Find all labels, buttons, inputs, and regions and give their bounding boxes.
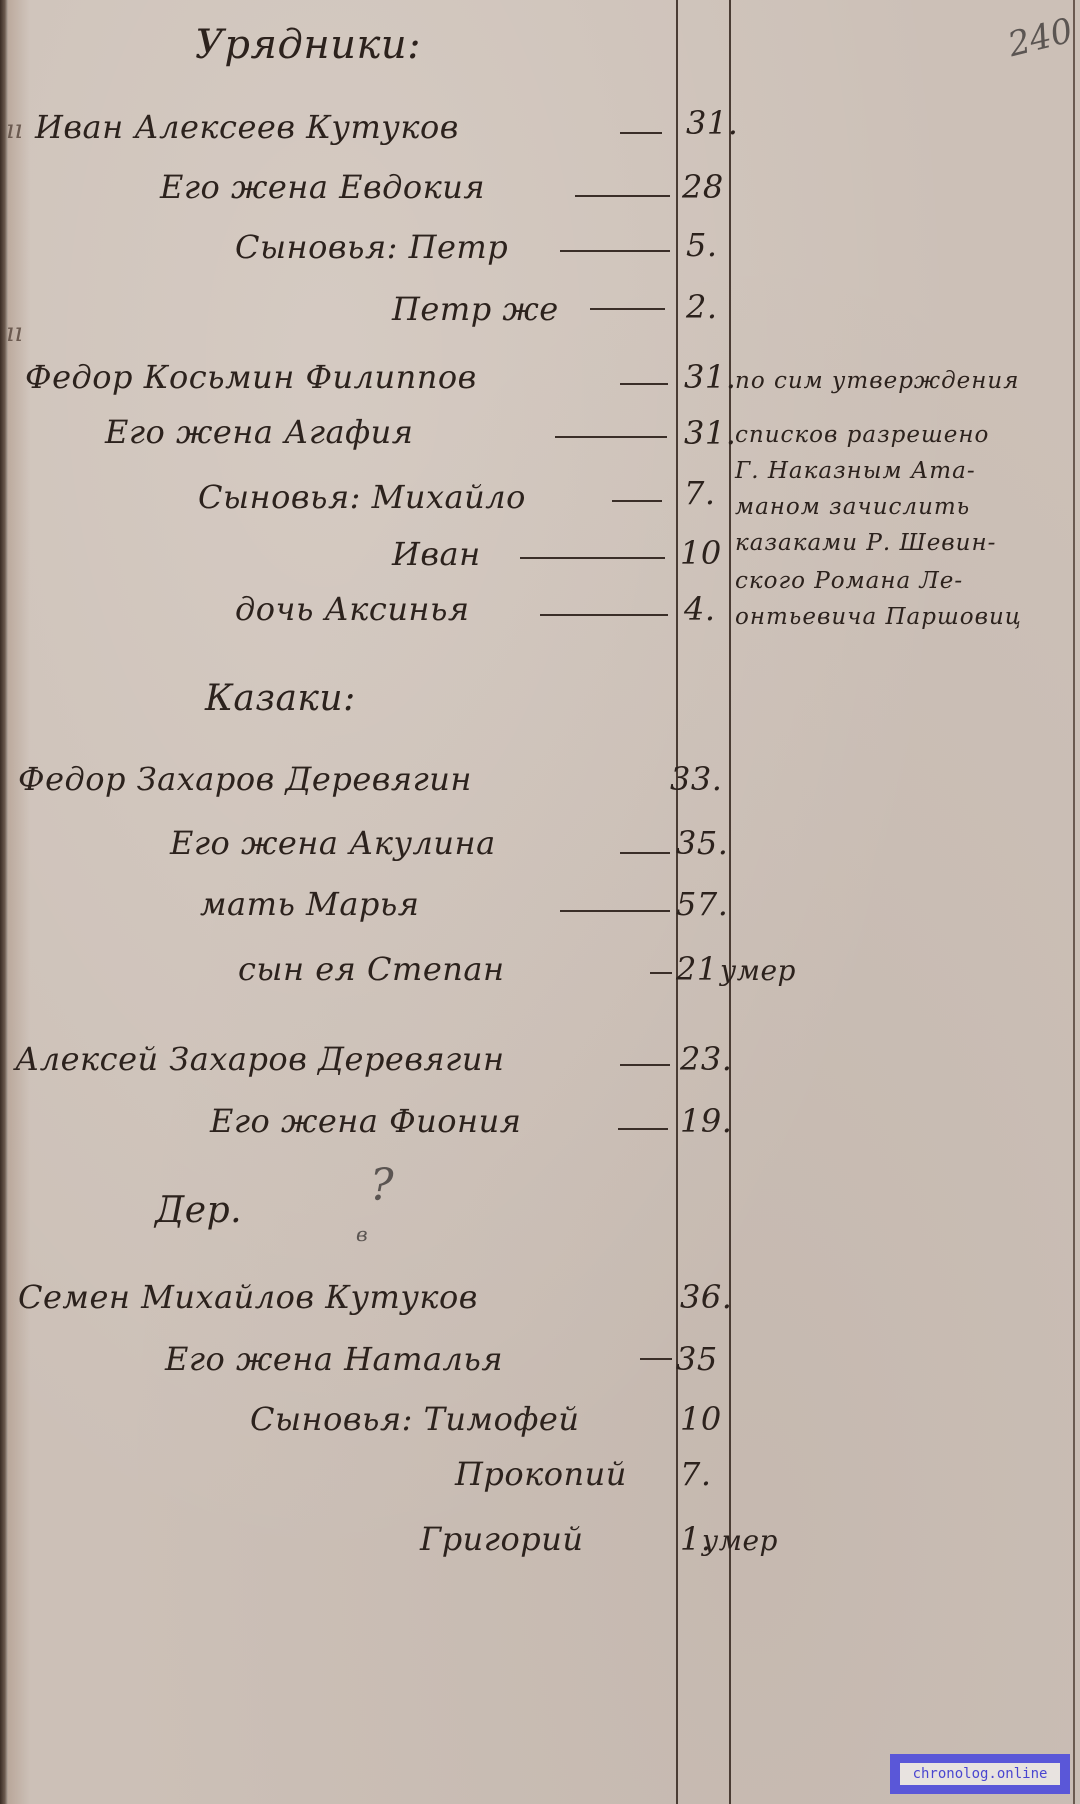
entry-name: Его жена Акулина [170, 824, 496, 862]
entry-age: 33. [670, 760, 722, 798]
pencil-question-mark: ? [370, 1160, 394, 1211]
entry-dash [555, 436, 667, 438]
entry-age: 31. [684, 358, 736, 396]
entry-dash [620, 383, 668, 385]
entry-age: 31. [684, 414, 736, 452]
entry-age: 35 [676, 1340, 718, 1378]
entry-name: Его жена Фиония [210, 1102, 521, 1140]
page-binding [0, 0, 8, 1804]
entry-age: 7. [684, 474, 716, 512]
entry-age: 35. [676, 824, 728, 862]
note-line: онтьевича Паршовиц [735, 604, 1022, 630]
entry-dash [650, 972, 672, 974]
entry-name: сын ея Степан [238, 950, 505, 988]
entry-age: 10 [680, 1400, 722, 1438]
note-line: казаками Р. Шевин- [735, 530, 996, 556]
entry-dash [540, 614, 668, 616]
entry-name: мать Марья [200, 885, 419, 923]
entry-dash [620, 852, 670, 854]
entry-age: 36. [680, 1278, 732, 1316]
entry-age: 2. [686, 288, 718, 326]
entry-name: Григорий [420, 1520, 583, 1558]
section-heading-kazaki: Казаки: [205, 678, 356, 719]
entry-name: Его жена Наталья [165, 1340, 503, 1378]
entry-name: Его жена Евдокия [160, 168, 485, 206]
entry-name: дочь Аксинья [235, 590, 470, 628]
entry-dash [620, 1064, 670, 1066]
entry-dash [520, 557, 665, 559]
entry-name: Его жена Агафия [105, 413, 413, 451]
entry-name: Иван [392, 535, 481, 573]
entry-dash [618, 1128, 668, 1130]
note-line: по сим утверждения [735, 368, 1019, 394]
entry-dash [590, 308, 665, 310]
entry-remark-died: умер [702, 1524, 778, 1557]
page-right-border [1073, 0, 1075, 1804]
pencil-letter-mark: в [356, 1222, 368, 1246]
page-number: 240 [1004, 11, 1077, 66]
section-heading-uryadniki: Урядники: [195, 22, 421, 68]
entry-name: Федор Захаров Деревягин [18, 760, 472, 798]
entry-name: Алексей Захаров Деревягин [15, 1040, 505, 1078]
entry-name: Петр же [392, 290, 559, 328]
entry-name: Сыновья: Тимофей [250, 1400, 579, 1438]
binding-shadow [8, 0, 30, 1804]
entry-name: Иван Алексеев Кутуков [35, 108, 459, 146]
document-page: 240 ıı ıı Урядники: Иван Алексеев Кутуко… [0, 0, 1080, 1804]
section-heading-der: Дер. [155, 1190, 242, 1231]
entry-age: 5. [686, 226, 718, 264]
entry-name: Сыновья: Петр [235, 228, 508, 266]
entry-dash [640, 1358, 672, 1360]
entry-name: Прокопий [455, 1455, 627, 1493]
entry-age: 31. [686, 104, 738, 142]
entry-age: 28 [682, 168, 724, 206]
entry-dash [612, 500, 662, 502]
entry-name: Семен Михайлов Кутуков [18, 1278, 478, 1316]
entry-age: 19. [680, 1102, 732, 1140]
entry-name: Федор Косьмин Филиппов [25, 358, 477, 396]
entry-age: 10 [680, 534, 722, 572]
margin-tick-mark: ıı [6, 318, 23, 348]
entry-dash [575, 195, 670, 197]
entry-remark-died: умер [720, 954, 796, 987]
entry-age: 7. [680, 1455, 712, 1493]
entry-age: 57. [676, 885, 728, 923]
entry-age: 21 [676, 950, 718, 988]
margin-tick-mark: ıı [6, 115, 23, 145]
note-line: маном зачислить [735, 494, 970, 520]
note-line: ского Романа Ле- [735, 568, 963, 594]
entry-dash [560, 250, 670, 252]
watermark-badge: chronolog.online [890, 1754, 1070, 1794]
note-line: списков разрешено [735, 422, 989, 448]
entry-dash [620, 132, 662, 134]
entry-age: 4. [684, 590, 716, 628]
note-line: Г. Наказным Ата- [735, 458, 976, 484]
entry-name: Сыновья: Михайло [198, 478, 526, 516]
watermark-text: chronolog.online [900, 1763, 1060, 1785]
entry-age: 23. [680, 1040, 732, 1078]
entry-dash [560, 910, 670, 912]
